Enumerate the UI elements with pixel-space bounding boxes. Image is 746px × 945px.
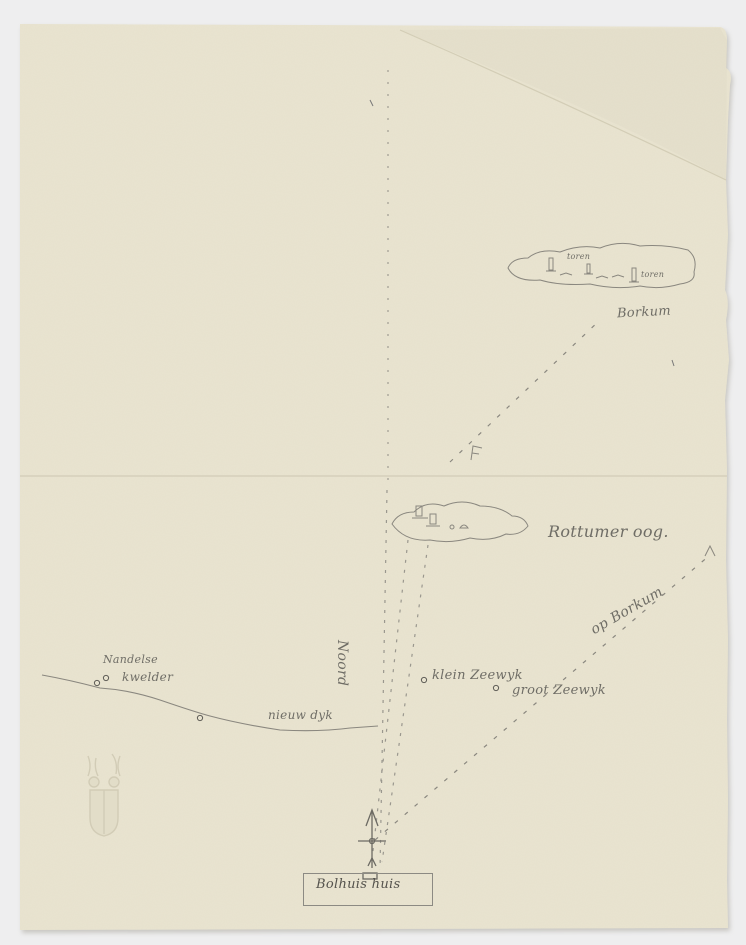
groot-zeewyk-label: groot Zeewyk (512, 683, 606, 698)
nieuw-dyk-label: nieuw dyk (268, 708, 333, 722)
rottumeroog-label: Rottumer oog. (548, 522, 669, 541)
kwelder-label: kwelder (122, 670, 173, 684)
borkum-tower-label-2: toren (641, 270, 664, 279)
borkum-label: Borkum (617, 304, 672, 322)
borkum-tower-label-1: toren (567, 252, 590, 261)
klein-zeewyk-label: klein Zeewyk (432, 668, 523, 683)
nandelse-label: Nandelse (103, 653, 158, 666)
noord-label: Noord (334, 640, 350, 686)
scanned-map-sheet: toren toren Borkum Rottumer oog. op Bork… (0, 0, 746, 945)
bolhuis-huis-label: Bolhuis huis (316, 877, 400, 892)
paper-sheet (0, 0, 746, 945)
